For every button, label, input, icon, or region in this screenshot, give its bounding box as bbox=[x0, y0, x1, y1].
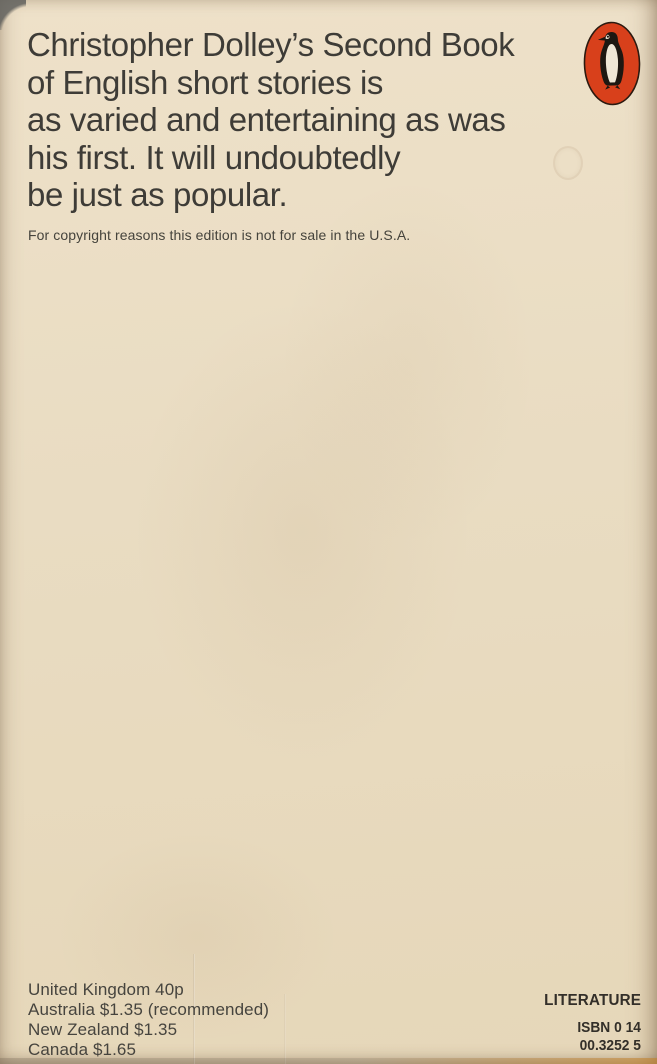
paper-crease bbox=[284, 994, 286, 1064]
copyright-notice: For copyright reasons this edition is no… bbox=[28, 227, 410, 243]
blurb-line: Christopher Dolley’s Second Book bbox=[27, 26, 557, 64]
blurb-line: his first. It will undoubtedly bbox=[27, 139, 557, 177]
blurb-line: of English short stories is bbox=[27, 64, 557, 102]
price-line-new-zealand: New Zealand $1.35 bbox=[28, 1020, 269, 1040]
isbn-line-2: 00.3252 5 bbox=[580, 1038, 641, 1054]
price-line-canada: Canada $1.65 bbox=[28, 1040, 269, 1060]
price-line-australia: Australia $1.35 (recommended) bbox=[28, 1000, 269, 1020]
isbn-line-1: ISBN 0 14 bbox=[577, 1020, 641, 1036]
blurb-text: Christopher Dolley’s Second Book of Engl… bbox=[27, 26, 557, 214]
blurb-line: as varied and entertaining as was bbox=[27, 101, 557, 139]
ring-stain-mark bbox=[553, 146, 583, 180]
penguin-logo-icon bbox=[582, 20, 642, 106]
book-back-cover: Christopher Dolley’s Second Book of Engl… bbox=[0, 0, 657, 1064]
blurb-line: be just as popular. bbox=[27, 176, 557, 214]
isbn-number: ISBN 0 14 00.3252 5 bbox=[577, 1019, 641, 1055]
price-list: United Kingdom 40p Australia $1.35 (reco… bbox=[28, 980, 269, 1060]
price-line-uk: United Kingdom 40p bbox=[28, 980, 269, 1000]
category-label: LITERATURE bbox=[544, 992, 641, 1010]
scan-corner-artifact bbox=[0, 0, 26, 30]
